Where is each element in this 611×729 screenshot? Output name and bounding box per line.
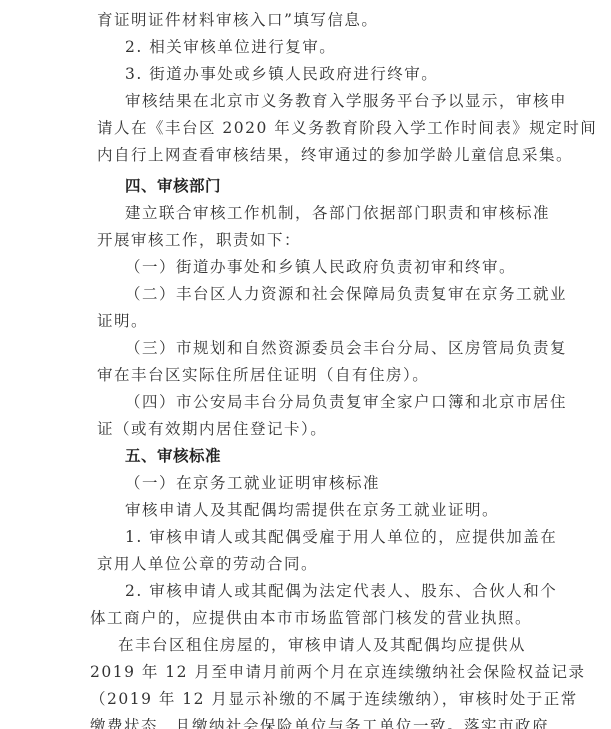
text-line: 开展审核工作，职责如下： bbox=[97, 230, 301, 250]
text-line: （二）丰台区人力资源和社会保障局负责复审在京务工就业 bbox=[125, 284, 567, 304]
text-line: （2019 年 12 月显示补缴的不属于连续缴纳），审核时处于正常 bbox=[90, 689, 578, 709]
text-line: 请人在《丰台区 2020 年义务教育阶段入学工作时间表》规定时间 bbox=[97, 118, 597, 138]
text-line: 2. 相关审核单位进行复审。 bbox=[125, 37, 336, 57]
text-line: （一）街道办事处和乡镇人民政府负责初审和终审。 bbox=[125, 257, 516, 277]
text-line: 1. 审核申请人或其配偶受雇于用人单位的，应提供加盖在 bbox=[125, 527, 557, 547]
text-line: 证明。 bbox=[97, 311, 148, 331]
text-line: 在丰台区租住房屋的，审核申请人及其配偶均应提供从 bbox=[118, 635, 526, 655]
text-line: 证（或有效期内居住登记卡）。 bbox=[97, 419, 327, 439]
text-line: 缴费状态，且缴纳社会保险单位与务工单位一致。落实市政府 bbox=[90, 716, 549, 729]
text-line: 审核申请人及其配偶均需提供在京务工就业证明。 bbox=[125, 500, 499, 520]
text-line: 建立联合审核工作机制，各部门依据部门职责和审核标准 bbox=[125, 203, 550, 223]
text-line: 3. 街道办事处或乡镇人民政府进行终审。 bbox=[125, 64, 438, 84]
text-line: 审在丰台区实际住所居住证明（自有住房）。 bbox=[97, 365, 429, 385]
text-line: （三）市规划和自然资源委员会丰台分局、区房管局负责复 bbox=[125, 338, 567, 358]
text-line: 2. 审核申请人或其配偶为法定代表人、股东、合伙人和个 bbox=[125, 581, 557, 601]
text-line: （四）市公安局丰台分局负责复审全家户口簿和北京市居住 bbox=[125, 392, 567, 412]
text-line: （一）在京务工就业证明审核标准 bbox=[125, 473, 380, 493]
section-heading: 四、审核部门 bbox=[125, 176, 221, 196]
text-line: 内自行上网查看审核结果，终审通过的参加学龄儿童信息采集。 bbox=[97, 145, 573, 165]
text-line: 2019 年 12 月至申请月前两个月在京连续缴纳社会保险权益记录 bbox=[90, 662, 585, 682]
text-line: 体工商户的，应提供由本市市场监管部门核发的营业执照。 bbox=[90, 608, 532, 628]
text-line: 京用人单位公章的劳动合同。 bbox=[97, 554, 318, 574]
text-line: 审核结果在北京市义务教育入学服务平台予以显示，审核申 bbox=[125, 91, 567, 111]
section-heading: 五、审核标准 bbox=[125, 446, 221, 466]
text-line: 育证明证件材料审核入口”填写信息。 bbox=[97, 10, 378, 30]
